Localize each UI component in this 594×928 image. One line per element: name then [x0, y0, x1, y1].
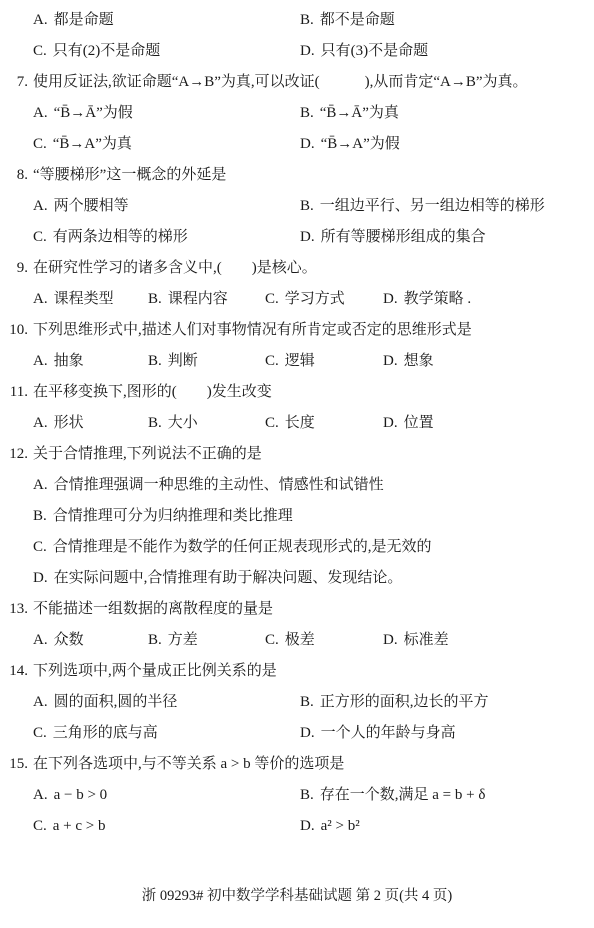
option-text: 方差 — [168, 632, 198, 648]
option-label: C. — [33, 43, 47, 59]
question-13-option-c: C.极差 — [265, 625, 383, 656]
question-number: 13. — [0, 594, 28, 625]
option-label: D. — [383, 353, 398, 369]
question-7-options-row-2: C.“B̄→A”为真 D.“B̄→A”为假 — [0, 129, 594, 160]
question-8-option-c: C.有两条边相等的梯形 — [33, 222, 300, 253]
question-15: 15. 在下列各选项中,与不等关系 a > b 等价的选项是 A.a − b >… — [0, 749, 594, 842]
option-cell: D.在实际问题中,合情推理有助于解决问题、发现结论。 — [33, 563, 402, 594]
option-label: B. — [148, 632, 162, 648]
exam-content: A.都是命题 B.都不是命题 C.只有(2)不是命题 D.只有(3)不是命题 7… — [0, 0, 594, 842]
option-label: B. — [148, 415, 162, 431]
question-14-options-row-1: A.圆的面积,圆的半径 B.正方形的面积,边长的平方 — [0, 687, 594, 718]
question-14-option-b: B.正方形的面积,边长的平方 — [300, 687, 594, 718]
question-15-option-d: D.a² > b² — [300, 811, 594, 842]
question-13-option-b: B.方差 — [148, 625, 265, 656]
option-label: D. — [300, 229, 315, 245]
question-12-stem: 12. 关于合情推理,下列说法不正确的是 — [0, 439, 594, 470]
option-text: “B̄→A”为假 — [321, 136, 400, 152]
option-text: 合情推理是不能作为数学的任何正规表现形式的,是无效的 — [53, 539, 432, 555]
question-stem-text: 使用反证法,欲证命题“A→B”为真,可以改证( ),从而肯定“A→B”为真。 — [33, 67, 594, 98]
question-7-option-c: C.“B̄→A”为真 — [33, 129, 300, 160]
option-text: 位置 — [404, 415, 434, 431]
option-label: C. — [265, 632, 279, 648]
question-7-option-b: B.“B̄→Ā”为真 — [300, 98, 594, 129]
option-label: B. — [300, 198, 314, 214]
option-label: A. — [33, 415, 48, 431]
question-8-option-a: A.两个腰相等 — [33, 191, 300, 222]
question-8-stem: 8. “等腰梯形”这一概念的外延是 — [0, 160, 594, 191]
option-text: 在实际问题中,合情推理有助于解决问题、发现结论。 — [54, 570, 403, 586]
option-label: D. — [383, 632, 398, 648]
question-10-option-d: D.想象 — [383, 346, 594, 377]
option-text: a − b > 0 — [54, 787, 108, 803]
question-12-option-a: A.合情推理强调一种思维的主动性、情感性和试错性 — [0, 470, 594, 501]
question-7: 7. 使用反证法,欲证命题“A→B”为真,可以改证( ),从而肯定“A→B”为真… — [0, 67, 594, 160]
option-label: B. — [300, 787, 314, 803]
page-footer: 浙 09293# 初中数学学科基础试题 第 2 页(共 4 页) — [0, 884, 594, 908]
option-text: a² > b² — [321, 818, 360, 834]
question-8: 8. “等腰梯形”这一概念的外延是 A.两个腰相等 B.一组边平行、另一组边相等… — [0, 160, 594, 253]
question-9-option-c: C.学习方式 — [265, 284, 383, 315]
question-8-options-row-1: A.两个腰相等 B.一组边平行、另一组边相等的梯形 — [0, 191, 594, 222]
option-label: D. — [300, 725, 315, 741]
question-12-option-b: B.合情推理可分为归纳推理和类比推理 — [0, 501, 594, 532]
question-13-option-d: D.标准差 — [383, 625, 594, 656]
option-label: C. — [33, 725, 47, 741]
option-text: 课程内容 — [168, 291, 228, 307]
question-10-option-a: A.抽象 — [33, 346, 148, 377]
question-number: 10. — [0, 315, 28, 346]
question-11: 11. 在平移变换下,图形的( )发生改变 A.形状 B.大小 C.长度 D.位… — [0, 377, 594, 439]
option-cell: C.合情推理是不能作为数学的任何正规表现形式的,是无效的 — [33, 532, 432, 563]
question-9-options-row: A.课程类型 B.课程内容 C.学习方式 D.教学策略 . — [0, 284, 594, 315]
option-label: B. — [300, 105, 314, 121]
prev-question-option-d: D.只有(3)不是命题 — [300, 36, 594, 67]
question-10-stem: 10. 下列思维形式中,描述人们对事物情况有所肯定或否定的思维形式是 — [0, 315, 594, 346]
question-8-option-d: D.所有等腰梯形组成的集合 — [300, 222, 594, 253]
question-12-option-d: D.在实际问题中,合情推理有助于解决问题、发现结论。 — [0, 563, 594, 594]
option-label: B. — [300, 694, 314, 710]
question-9-stem: 9. 在研究性学习的诸多含义中,( )是核心。 — [0, 253, 594, 284]
option-text: 想象 — [404, 353, 434, 369]
question-number: 11. — [0, 377, 28, 408]
option-text: 众数 — [54, 632, 84, 648]
question-stem-text: 在下列各选项中,与不等关系 a > b 等价的选项是 — [33, 749, 594, 780]
option-label: B. — [148, 291, 162, 307]
option-label: A. — [33, 198, 48, 214]
option-text: 标准差 — [404, 632, 449, 648]
option-label: B. — [33, 508, 47, 524]
question-14-options-row-2: C.三角形的底与高 D.一个人的年龄与身高 — [0, 718, 594, 749]
question-stem-text: 下列选项中,两个量成正比例关系的是 — [33, 656, 594, 687]
option-label: B. — [300, 12, 314, 28]
question-number: 14. — [0, 656, 28, 687]
question-7-options-row-1: A.“B̄→Ā”为假 B.“B̄→Ā”为真 — [0, 98, 594, 129]
option-label: A. — [33, 353, 48, 369]
option-label: A. — [33, 105, 48, 121]
prev-question-options-row-1: A.都是命题 B.都不是命题 — [0, 5, 594, 36]
question-number: 7. — [0, 67, 28, 98]
question-15-options-row-2: C.a + c > b D.a² > b² — [0, 811, 594, 842]
question-15-option-b: B.存在一个数,满足 a = b + δ — [300, 780, 594, 811]
option-text: 课程类型 — [54, 291, 114, 307]
prev-question-option-a: A.都是命题 — [33, 5, 300, 36]
question-9-option-a: A.课程类型 — [33, 284, 148, 315]
question-13-option-a: A.众数 — [33, 625, 148, 656]
option-text: 所有等腰梯形组成的集合 — [321, 229, 486, 245]
option-label: B. — [148, 353, 162, 369]
option-text: 正方形的面积,边长的平方 — [320, 694, 489, 710]
question-13: 13. 不能描述一组数据的离散程度的量是 A.众数 B.方差 C.极差 D.标准… — [0, 594, 594, 656]
option-text: “B̄→A”为真 — [53, 136, 132, 152]
question-13-stem: 13. 不能描述一组数据的离散程度的量是 — [0, 594, 594, 625]
option-text: 逻辑 — [285, 353, 315, 369]
question-9-option-d: D.教学策略 . — [383, 284, 594, 315]
question-11-stem: 11. 在平移变换下,图形的( )发生改变 — [0, 377, 594, 408]
option-text: 判断 — [168, 353, 198, 369]
option-label: C. — [33, 229, 47, 245]
question-14-stem: 14. 下列选项中,两个量成正比例关系的是 — [0, 656, 594, 687]
question-14-option-c: C.三角形的底与高 — [33, 718, 300, 749]
option-label: D. — [383, 415, 398, 431]
option-text: 都是命题 — [54, 12, 114, 28]
option-label: D. — [300, 43, 315, 59]
option-text: 学习方式 — [285, 291, 345, 307]
option-text: 两个腰相等 — [54, 198, 129, 214]
option-text: 合情推理可分为归纳推理和类比推理 — [53, 508, 293, 524]
question-stem-text: 下列思维形式中,描述人们对事物情况有所肯定或否定的思维形式是 — [33, 315, 594, 346]
question-number: 8. — [0, 160, 28, 191]
option-text: 大小 — [168, 415, 198, 431]
option-text: 三角形的底与高 — [53, 725, 158, 741]
question-9: 9. 在研究性学习的诸多含义中,( )是核心。 A.课程类型 B.课程内容 C.… — [0, 253, 594, 315]
option-cell: A.合情推理强调一种思维的主动性、情感性和试错性 — [33, 470, 384, 501]
question-stem-text: 在平移变换下,图形的( )发生改变 — [33, 377, 594, 408]
option-text: 存在一个数,满足 a = b + δ — [320, 787, 486, 803]
option-text: 长度 — [285, 415, 315, 431]
question-10-option-b: B.判断 — [148, 346, 265, 377]
option-cell: B.合情推理可分为归纳推理和类比推理 — [33, 501, 293, 532]
question-8-options-row-2: C.有两条边相等的梯形 D.所有等腰梯形组成的集合 — [0, 222, 594, 253]
question-15-option-c: C.a + c > b — [33, 811, 300, 842]
question-9-option-b: B.课程内容 — [148, 284, 265, 315]
question-number: 12. — [0, 439, 28, 470]
option-text: 一组边平行、另一组边相等的梯形 — [320, 198, 545, 214]
question-8-option-b: B.一组边平行、另一组边相等的梯形 — [300, 191, 594, 222]
prev-question-option-b: B.都不是命题 — [300, 5, 594, 36]
question-15-stem: 15. 在下列各选项中,与不等关系 a > b 等价的选项是 — [0, 749, 594, 780]
option-text: 教学策略 . — [404, 291, 472, 307]
question-11-option-c: C.长度 — [265, 408, 383, 439]
question-13-options-row: A.众数 B.方差 C.极差 D.标准差 — [0, 625, 594, 656]
option-label: C. — [265, 353, 279, 369]
option-text: 一个人的年龄与身高 — [321, 725, 456, 741]
option-label: C. — [33, 818, 47, 834]
question-stem-text: 关于合情推理,下列说法不正确的是 — [33, 439, 594, 470]
option-text: 只有(3)不是命题 — [321, 43, 429, 59]
question-7-option-a: A.“B̄→Ā”为假 — [33, 98, 300, 129]
option-text: “B̄→Ā”为真 — [320, 105, 399, 121]
question-12: 12. 关于合情推理,下列说法不正确的是 A.合情推理强调一种思维的主动性、情感… — [0, 439, 594, 594]
question-15-options-row-1: A.a − b > 0 B.存在一个数,满足 a = b + δ — [0, 780, 594, 811]
option-label: A. — [33, 291, 48, 307]
question-15-option-a: A.a − b > 0 — [33, 780, 300, 811]
question-11-option-a: A.形状 — [33, 408, 148, 439]
option-label: A. — [33, 694, 48, 710]
question-7-stem: 7. 使用反证法,欲证命题“A→B”为真,可以改证( ),从而肯定“A→B”为真… — [0, 67, 594, 98]
option-label: D. — [300, 818, 315, 834]
question-10-option-c: C.逻辑 — [265, 346, 383, 377]
option-label: A. — [33, 787, 48, 803]
question-11-option-d: D.位置 — [383, 408, 594, 439]
question-stem-text: 不能描述一组数据的离散程度的量是 — [33, 594, 594, 625]
option-label: A. — [33, 477, 48, 493]
question-14-option-d: D.一个人的年龄与身高 — [300, 718, 594, 749]
option-text: 有两条边相等的梯形 — [53, 229, 188, 245]
option-label: C. — [33, 539, 47, 555]
question-14: 14. 下列选项中,两个量成正比例关系的是 A.圆的面积,圆的半径 B.正方形的… — [0, 656, 594, 749]
option-text: 圆的面积,圆的半径 — [54, 694, 178, 710]
option-label: D. — [300, 136, 315, 152]
question-number: 9. — [0, 253, 28, 284]
option-label: A. — [33, 12, 48, 28]
option-label: D. — [33, 570, 48, 586]
option-text: 都不是命题 — [320, 12, 395, 28]
option-text: 极差 — [285, 632, 315, 648]
option-text: “B̄→Ā”为假 — [54, 105, 133, 121]
prev-question-options-row-2: C.只有(2)不是命题 D.只有(3)不是命题 — [0, 36, 594, 67]
option-label: D. — [383, 291, 398, 307]
prev-question-option-c: C.只有(2)不是命题 — [33, 36, 300, 67]
question-stem-text: “等腰梯形”这一概念的外延是 — [33, 160, 594, 191]
question-12-option-c: C.合情推理是不能作为数学的任何正规表现形式的,是无效的 — [0, 532, 594, 563]
question-number: 15. — [0, 749, 28, 780]
option-label: C. — [265, 291, 279, 307]
question-stem-text: 在研究性学习的诸多含义中,( )是核心。 — [33, 253, 594, 284]
option-text: 只有(2)不是命题 — [53, 43, 161, 59]
question-11-options-row: A.形状 B.大小 C.长度 D.位置 — [0, 408, 594, 439]
option-text: 抽象 — [54, 353, 84, 369]
question-7-option-d: D.“B̄→A”为假 — [300, 129, 594, 160]
option-label: A. — [33, 632, 48, 648]
question-11-option-b: B.大小 — [148, 408, 265, 439]
exam-page: A.都是命题 B.都不是命题 C.只有(2)不是命题 D.只有(3)不是命题 7… — [0, 0, 594, 928]
option-text: a + c > b — [53, 818, 106, 834]
question-10: 10. 下列思维形式中,描述人们对事物情况有所肯定或否定的思维形式是 A.抽象 … — [0, 315, 594, 377]
option-text: 形状 — [54, 415, 84, 431]
question-14-option-a: A.圆的面积,圆的半径 — [33, 687, 300, 718]
question-10-options-row: A.抽象 B.判断 C.逻辑 D.想象 — [0, 346, 594, 377]
option-label: C. — [33, 136, 47, 152]
option-text: 合情推理强调一种思维的主动性、情感性和试错性 — [54, 477, 384, 493]
option-label: C. — [265, 415, 279, 431]
